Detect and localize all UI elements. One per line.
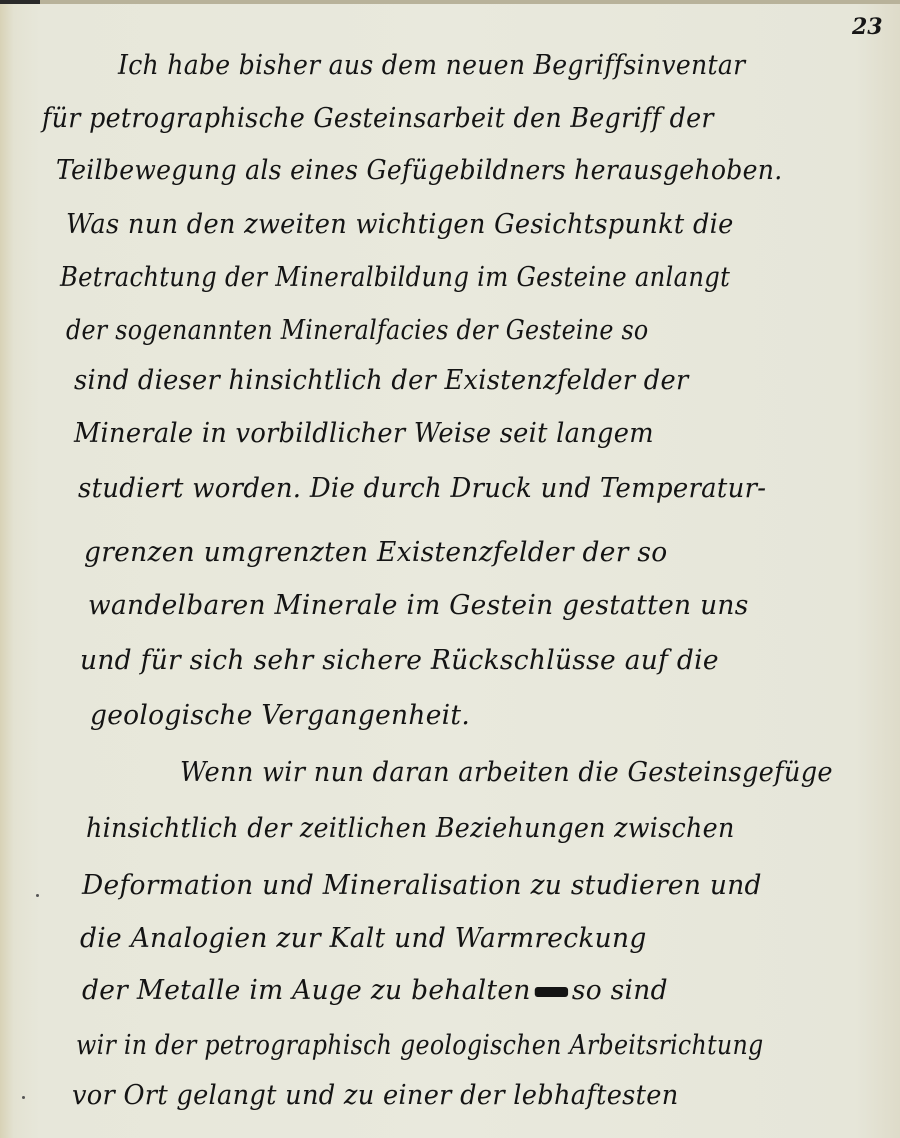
- text-line-17: die Analogien zur Kalt und Warmreckung: [80, 923, 647, 954]
- text-line-11: wandelbaren Minerale im Gestein gestatte…: [88, 590, 749, 621]
- text-line-19: wir in der petrographisch geologischen A…: [76, 1030, 763, 1061]
- page-top-edge: [0, 0, 900, 4]
- text-line-13: geologische Vergangenheit.: [90, 700, 470, 731]
- scan-corner-shadow: [0, 0, 40, 4]
- text-line-6: der sogenannten Mineralfacies der Gestei…: [66, 315, 648, 346]
- paper-speck: [22, 1096, 25, 1099]
- text-line-5: Betrachtung der Mineralbildung im Gestei…: [60, 262, 730, 293]
- text-line-12: und für sich sehr sichere Rückschlüsse a…: [80, 645, 719, 676]
- text-line-4: Was nun den zweiten wichtigen Gesichtspu…: [66, 209, 734, 240]
- paper-speck: [36, 894, 39, 897]
- manuscript-page: 23 Ich habe bisher aus dem neuen Begriff…: [0, 0, 900, 1138]
- text-line-20: vor Ort gelangt und zu einer der lebhaft…: [72, 1080, 679, 1111]
- struck-out-word: [535, 987, 568, 997]
- page-number: 23: [852, 14, 883, 40]
- text-line-18-main: der Metalle im Auge zu behalten: [82, 975, 531, 1006]
- text-line-10: grenzen umgrenzten Existenzfelder der so: [84, 537, 667, 568]
- text-line-15: hinsichtlich der zeitlichen Beziehungen …: [86, 813, 735, 844]
- text-line-9: studiert worden. Die durch Druck und Tem…: [78, 473, 766, 504]
- text-line-18-end: so sind: [572, 975, 668, 1006]
- text-line-3: Teilbewegung als eines Gefügebildners he…: [56, 155, 782, 186]
- text-line-7: sind dieser hinsichtlich der Existenzfel…: [74, 365, 689, 396]
- text-line-14: Wenn wir nun daran arbeiten die Gesteins…: [180, 757, 833, 788]
- text-line-16: Deformation und Mineralisation zu studie…: [82, 870, 762, 901]
- text-line-8: Minerale in vorbildlicher Weise seit lan…: [74, 418, 654, 449]
- text-line-18: der Metalle im Auge zu behaltenso sind: [82, 975, 668, 1006]
- text-line-1: Ich habe bisher aus dem neuen Begriffsin…: [118, 50, 745, 81]
- text-line-2: für petrographische Gesteinsarbeit den B…: [42, 103, 714, 134]
